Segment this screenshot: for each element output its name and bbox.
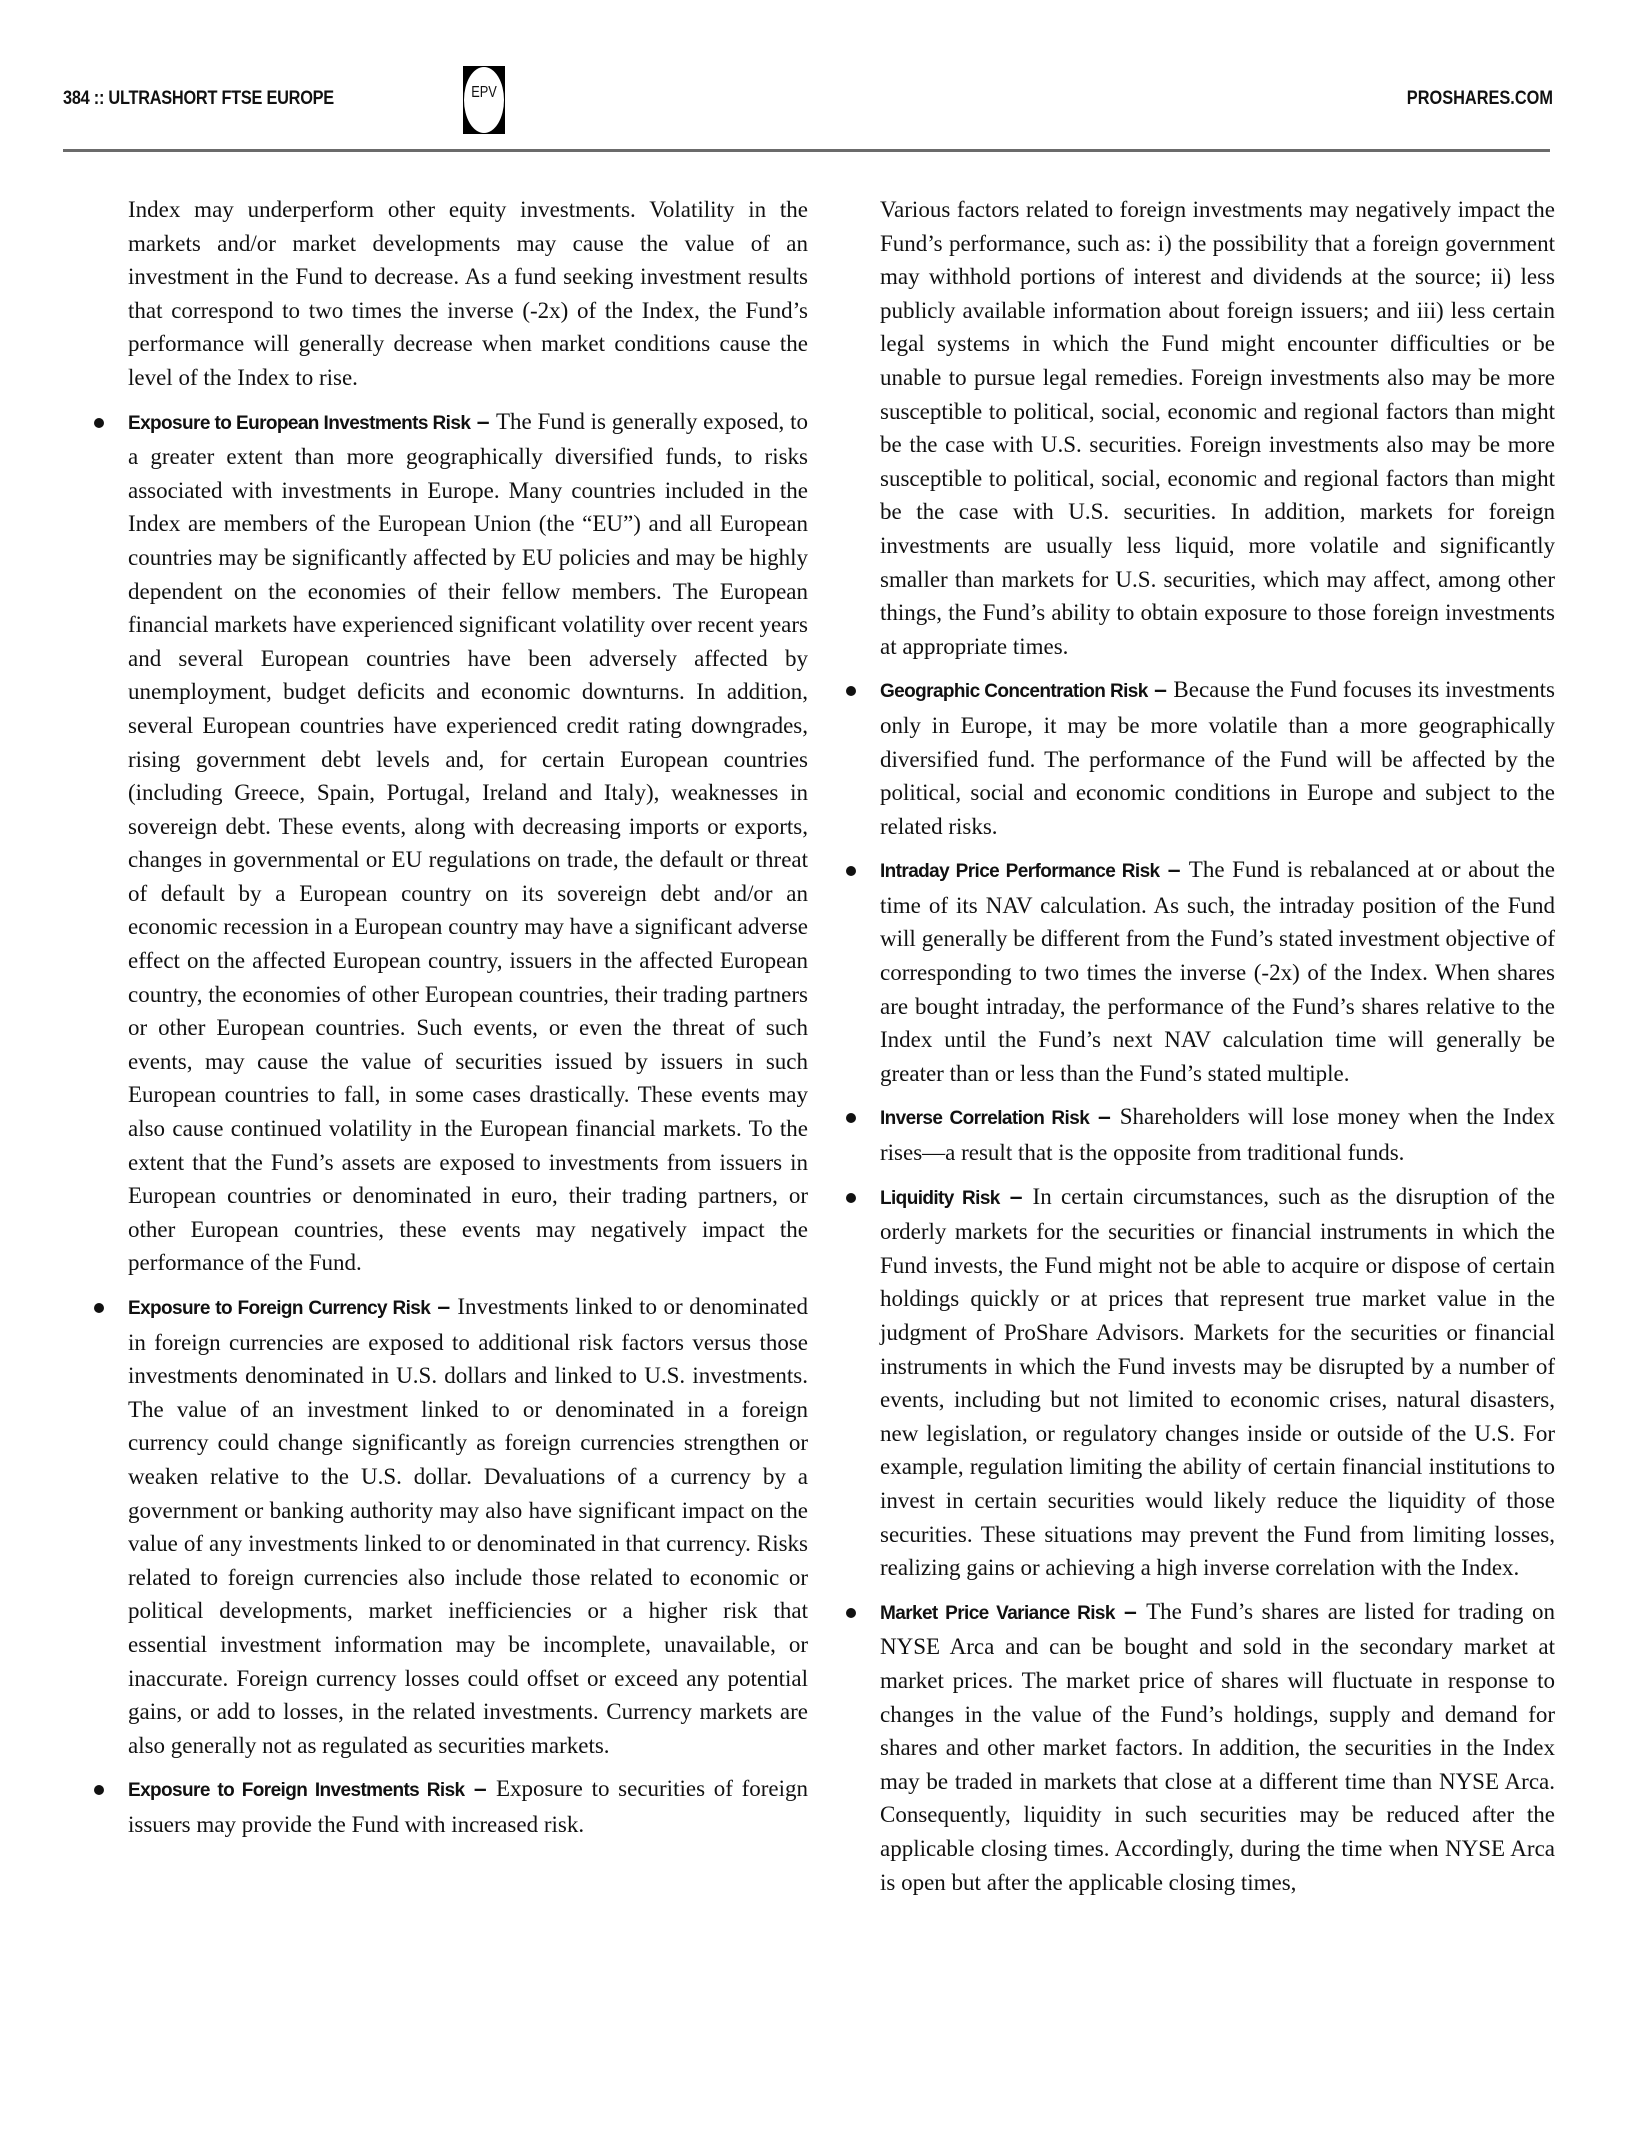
risk-dash: – bbox=[1160, 856, 1189, 882]
risk-term: Exposure to Foreign Currency Risk bbox=[128, 1298, 430, 1319]
risk-term: Market Price Variance Risk bbox=[880, 1603, 1115, 1624]
risk-dash: – bbox=[1089, 1103, 1120, 1129]
risk-dash: – bbox=[470, 408, 496, 434]
risk-item-intraday-price-performance: Intraday Price Performance Risk – The Fu… bbox=[880, 853, 1555, 1090]
risk-dash: – bbox=[465, 1775, 496, 1801]
bullet-icon bbox=[846, 1608, 856, 1618]
risk-text: Investments linked to or denominated in … bbox=[128, 1294, 808, 1758]
bullet-icon bbox=[94, 418, 104, 428]
left-column: Index may underperform other equity inve… bbox=[128, 193, 808, 1852]
risk-dash: – bbox=[1000, 1183, 1033, 1209]
bullet-icon bbox=[94, 1303, 104, 1313]
site-name: PROSHARES.COM bbox=[1407, 88, 1553, 110]
risk-item-foreign-investments: Exposure to Foreign Investments Risk – E… bbox=[128, 1772, 808, 1841]
risk-item-european-investments: Exposure to European Investments Risk – … bbox=[128, 405, 808, 1280]
risk-item-liquidity: Liquidity Risk – In certain circumstance… bbox=[880, 1180, 1555, 1585]
risk-item-market-price-variance: Market Price Variance Risk – The Fund’s … bbox=[880, 1595, 1555, 1899]
bullet-icon bbox=[846, 686, 856, 696]
risk-text: The Fund is rebalanced at or about the t… bbox=[880, 857, 1555, 1086]
bullet-icon bbox=[846, 866, 856, 876]
risk-term: Inverse Correlation Risk bbox=[880, 1108, 1089, 1129]
risk-term: Exposure to Foreign Investments Risk bbox=[128, 1780, 465, 1801]
risk-dash: – bbox=[1115, 1598, 1146, 1624]
ticker-badge-label: EPV bbox=[467, 84, 501, 102]
header-divider bbox=[63, 149, 1550, 152]
bullet-icon bbox=[846, 1113, 856, 1123]
bullet-icon bbox=[846, 1193, 856, 1203]
right-column: Various factors related to foreign inves… bbox=[880, 193, 1555, 1909]
continuation-paragraph: Various factors related to foreign inves… bbox=[880, 193, 1555, 663]
page-title: 384 :: ULTRASHORT FTSE EUROPE bbox=[63, 88, 334, 110]
risk-item-inverse-correlation: Inverse Correlation Risk – Shareholders … bbox=[880, 1100, 1555, 1169]
risk-text: In certain circumstances, such as the di… bbox=[880, 1184, 1555, 1581]
risk-term: Exposure to European Investments Risk bbox=[128, 413, 470, 434]
ticker-badge: EPV bbox=[463, 66, 505, 134]
page-header: 384 :: ULTRASHORT FTSE EUROPE EPV PROSHA… bbox=[0, 0, 1650, 160]
risk-term: Intraday Price Performance Risk bbox=[880, 861, 1160, 882]
risk-item-foreign-currency: Exposure to Foreign Currency Risk – Inve… bbox=[128, 1290, 808, 1762]
risk-term: Geographic Concentration Risk bbox=[880, 681, 1148, 702]
risk-term: Liquidity Risk bbox=[880, 1188, 1000, 1209]
bullet-icon bbox=[94, 1785, 104, 1795]
risk-dash: – bbox=[430, 1293, 457, 1319]
risk-text: The Fund is generally exposed, to a grea… bbox=[128, 409, 808, 1276]
risk-text: The Fund’s shares are listed for trad­in… bbox=[880, 1599, 1555, 1895]
risk-item-geographic-concentration: Geographic Concentration Risk – Because … bbox=[880, 673, 1555, 843]
intro-paragraph: Index may underperform other equity inve… bbox=[128, 193, 808, 395]
risk-dash: – bbox=[1148, 676, 1174, 702]
